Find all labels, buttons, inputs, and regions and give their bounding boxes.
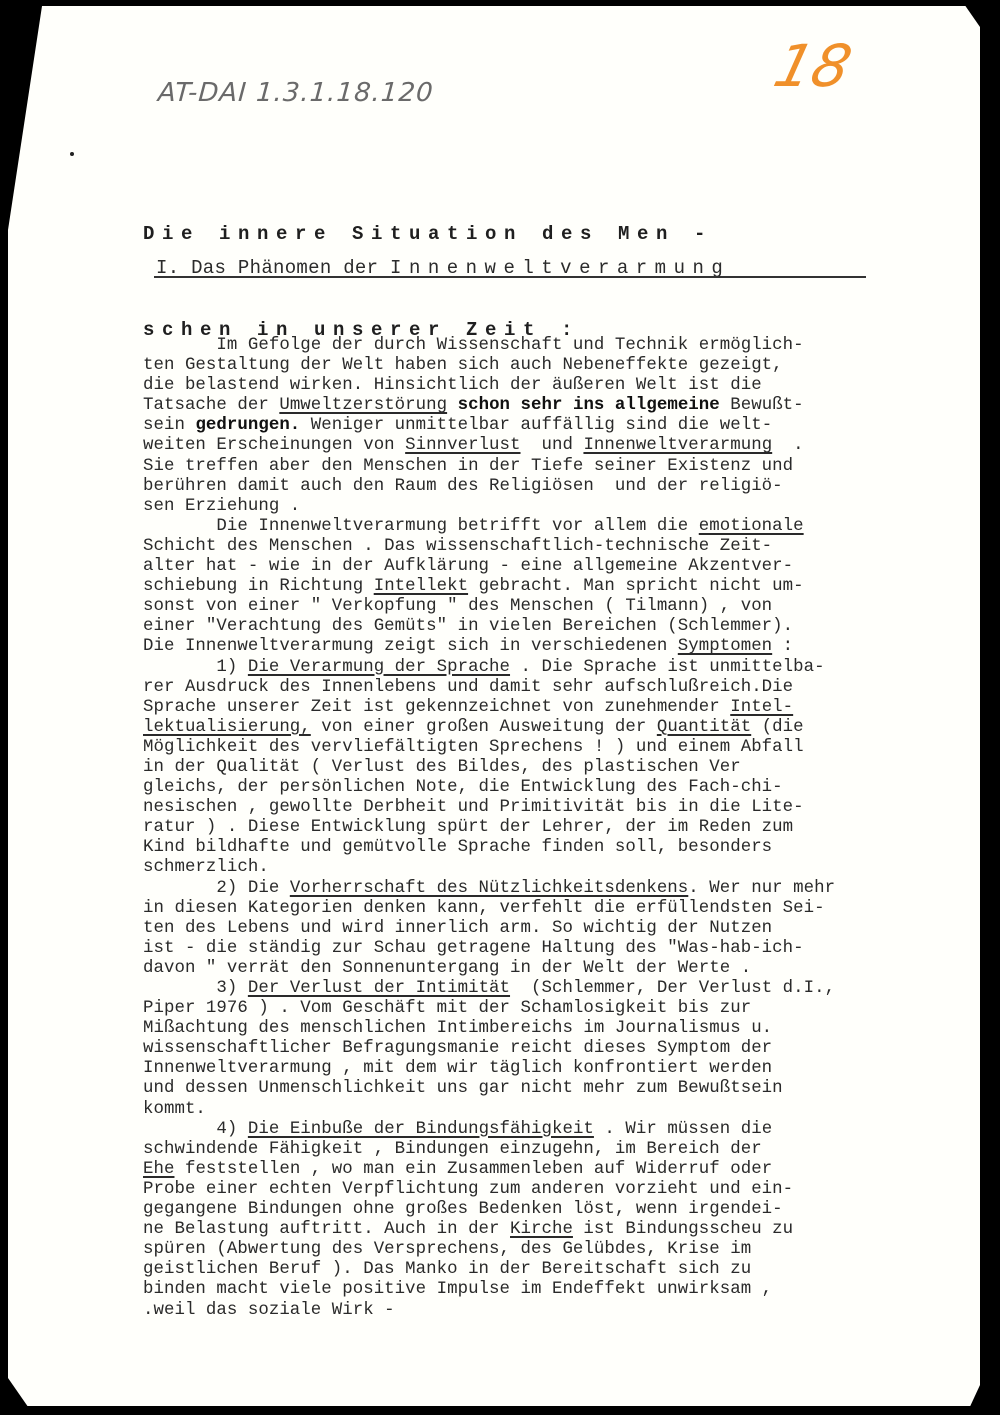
body-line: Kind bildhafte und gemütvolle Sprache fi…	[143, 838, 835, 858]
body-line: ne Belastung auftritt. Auch in der Kirch…	[143, 1220, 835, 1240]
body-line: ten des Lebens und wird innerlich arm. S…	[143, 919, 835, 939]
body-line: .weil das soziale Wirk -	[143, 1301, 835, 1321]
body-line: Im Gefolge der durch Wissenschaft und Te…	[143, 336, 835, 356]
body-line: Probe einer echten Verpflichtung zum and…	[143, 1180, 835, 1200]
body-line: sen Erziehung .	[143, 497, 835, 517]
body-line: schiebung in Richtung Intellekt gebracht…	[143, 577, 835, 597]
body-line: Sprache unserer Zeit ist gekennzeichnet …	[143, 698, 835, 718]
body-line: weiten Erscheinungen von Sinnverlust und…	[143, 436, 835, 456]
body-line: 2) Die Vorherrschaft des Nützlichkeitsde…	[143, 879, 835, 899]
body-line: schwindende Fähigkeit , Bindungen einzug…	[143, 1140, 835, 1160]
body-line: und dessen Unmenschlichkeit uns gar nich…	[143, 1079, 835, 1099]
document-page: AT-DAI 1.3.1.18.120 18 Die innere Situat…	[8, 6, 980, 1406]
body-line: alter hat - wie in der Aufklärung - eine…	[143, 557, 835, 577]
body-line: 1) Die Verarmung der Sprache . Die Sprac…	[143, 658, 835, 678]
body-line: rer Ausdruck des Innenlebens und damit s…	[143, 678, 835, 698]
body-line: schmerzlich.	[143, 858, 835, 878]
body-line: Mißachtung des menschlichen Intimbereich…	[143, 1019, 835, 1039]
body-line: sonst von einer " Verkopfung " des Mensc…	[143, 597, 835, 617]
body-line: spüren (Abwertung des Versprechens, des …	[143, 1240, 835, 1260]
body-line: davon " verrät den Sonnenuntergang in de…	[143, 959, 835, 979]
body-line: Piper 1976 ) . Vom Geschäft mit der Scha…	[143, 999, 835, 1019]
body-line: nesischen , gewollte Derbheit und Primit…	[143, 798, 835, 818]
body-line: geistlichen Beruf ). Das Manko in der Be…	[143, 1260, 835, 1280]
section-heading-underline	[154, 276, 866, 278]
body-line: Ehe feststellen , wo man ein Zusammenleb…	[143, 1160, 835, 1180]
body-line: 3) Der Verlust der Intimität (Schlemmer,…	[143, 979, 835, 999]
body-line: Tatsache der Umweltzerstörung schon sehr…	[143, 396, 835, 416]
body-line: wissenschaftlicher Befragungsmanie reich…	[143, 1039, 835, 1059]
body-line: Sie treffen aber den Menschen in der Tie…	[143, 457, 835, 477]
title-line-1: Die innere Situation des Men -	[143, 218, 713, 250]
punch-mark	[70, 152, 74, 156]
body-line: kommt.	[143, 1100, 835, 1120]
body-line: Innenweltverarmung , mit dem wir täglich…	[143, 1059, 835, 1079]
body-line: binden macht viele positive Impulse im E…	[143, 1280, 835, 1300]
body-line: einer "Verachtung des Gemüts" in vielen …	[143, 617, 835, 637]
body-line: gegangene Bindungen ohne großes Bedenken…	[143, 1200, 835, 1220]
body-line: in diesen Kategorien denken kann, verfeh…	[143, 899, 835, 919]
body-line: Die Innenweltverarmung betrifft vor alle…	[143, 517, 835, 537]
body-line: gleichs, der persönlichen Note, die Entw…	[143, 778, 835, 798]
document-body: Im Gefolge der durch Wissenschaft und Te…	[143, 336, 835, 1321]
handwritten-page-number: 18	[768, 32, 859, 100]
body-line: die belastend wirken. Hinsichtlich der ä…	[143, 376, 835, 396]
body-line: 4) Die Einbuße der Bindungsfähigkeit . W…	[143, 1120, 835, 1140]
body-line: Die Innenweltverarmung zeigt sich in ver…	[143, 637, 835, 657]
body-line: ten Gestaltung der Welt haben sich auch …	[143, 356, 835, 376]
archive-signature: AT-DAI 1.3.1.18.120	[157, 78, 435, 108]
body-line: ist - die ständig zur Schau getragene Ha…	[143, 939, 835, 959]
body-line: ratur ) . Diese Entwicklung spürt der Le…	[143, 818, 835, 838]
body-line: Schicht des Menschen . Das wissenschaftl…	[143, 537, 835, 557]
body-line: berühren damit auch den Raum des Religiö…	[143, 477, 835, 497]
body-line: in der Qualität ( Verlust des Bildes, de…	[143, 758, 835, 778]
body-line: lektualisierung, von einer großen Auswei…	[143, 718, 835, 738]
body-line: sein gedrungen. Weniger unmittelbar auff…	[143, 416, 835, 436]
body-line: Möglichkeit des vervliefältigten Spreche…	[143, 738, 835, 758]
